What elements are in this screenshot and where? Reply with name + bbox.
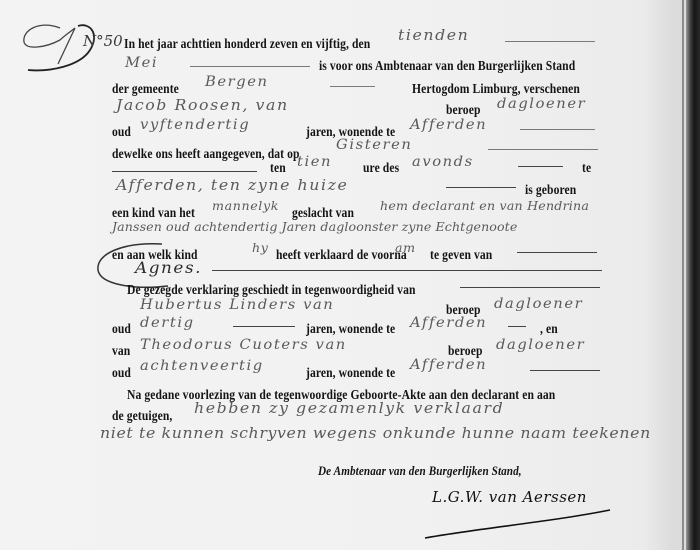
handwritten-birth-place: Afferden, ten zyne huize — [116, 176, 348, 194]
signature-flourish-icon — [420, 498, 620, 548]
fill-line — [505, 41, 595, 42]
handwritten-child-sex: mannelyk — [212, 199, 279, 213]
fill-line — [446, 187, 516, 188]
handwritten-declarant-profession: dagloener — [497, 96, 586, 112]
handwritten-declarant-age: vyftendertig — [140, 117, 250, 133]
printed-the-witnesses: de getuigen, — [112, 408, 172, 424]
record-number: N°50 — [83, 32, 123, 50]
handwritten-month: Mei — [125, 55, 158, 71]
fill-line — [508, 326, 526, 327]
handwritten-declarant-residence: Afferden — [410, 117, 487, 133]
printed-witness1-age-label: oud — [112, 321, 131, 337]
printed-in-label: te — [582, 160, 591, 176]
handwritten-time-of-day: avonds — [412, 154, 474, 170]
handwritten-mother-details: Janssen oud achtendertig Jaren dagloonst… — [112, 220, 517, 234]
handwritten-declarant-name: Jacob Roosen, van — [116, 96, 289, 114]
fill-line — [212, 270, 602, 271]
handwritten-birth-day: Gisteren — [336, 137, 412, 153]
handwritten-witness1-name: Hubertus Linders van — [140, 297, 334, 313]
fill-line — [517, 252, 597, 253]
printed-is-born: is geboren — [525, 182, 576, 198]
printed-witness2-age-label: oud — [112, 365, 131, 381]
handwritten-birth-hour: tien — [297, 154, 332, 170]
official-title: De Ambtenaar van den Burgerlijken Stand, — [318, 463, 522, 479]
handwritten-parents: hem declarant en van Hendrina — [380, 199, 589, 213]
printed-and: , en — [540, 321, 558, 337]
fill-line — [518, 166, 563, 167]
printed-witness2-residence-label: jaren, wonende te — [306, 365, 395, 381]
handwritten-he: hy — [252, 241, 269, 255]
handwritten-witness2-age: achtenveertig — [140, 358, 264, 374]
printed-to-give: te geven van — [430, 247, 492, 263]
page-edge — [682, 0, 684, 550]
fill-line — [190, 66, 310, 67]
printed-declared-name: heeft verklaard de voorna — [276, 247, 407, 263]
handwritten-witness2-residence: Afferden — [410, 357, 487, 373]
printed-witness1-residence-label: jaren, wonende te — [306, 321, 395, 337]
printed-witness2-of: van — [112, 343, 130, 359]
handwritten-day: tienden — [398, 26, 469, 44]
printed-witnesses-intro: De gezegde verklaring geschiedt in tegen… — [127, 282, 416, 298]
handwritten-witness2-profession: dagloener — [496, 337, 585, 353]
fill-line — [460, 287, 600, 288]
printed-child-of-sex: een kind van het — [112, 205, 195, 221]
handwritten-municipality: Bergen — [205, 74, 269, 90]
printed-age-label: oud — [112, 124, 131, 140]
handwritten-witness1-residence: Afferden — [410, 315, 487, 331]
handwritten-witness1-profession: dagloener — [494, 296, 583, 312]
fill-line — [488, 149, 598, 150]
printed-before-official: is voor ons Ambtenaar van den Burgerlijk… — [319, 58, 575, 74]
handwritten-name-suffix: am — [395, 241, 416, 255]
handwritten-signing-statement: niet te kunnen schryven wegens onkunde h… — [100, 424, 651, 442]
fill-line — [112, 171, 257, 172]
handwritten-witness2-name: Theodorus Cuoters van — [140, 337, 347, 353]
handwritten-child-name: Agnes. — [135, 258, 202, 277]
printed-municipality-label: der gemeente — [112, 81, 179, 97]
record-number-value: 50 — [104, 32, 123, 50]
printed-province: Hertogdom Limburg, verschenen — [412, 81, 580, 97]
handwritten-witness1-age: dertig — [140, 315, 195, 331]
fill-line — [520, 129, 595, 130]
printed-at-label: ten — [270, 160, 286, 176]
printed-profession-label: beroep — [446, 102, 480, 118]
handwritten-declaration: hebben zy gezamenlyk verklaard — [194, 399, 504, 417]
printed-sex-of: geslacht van — [292, 205, 354, 221]
record-number-prefix: N° — [83, 32, 104, 50]
printed-hour-of: ure des — [363, 160, 399, 176]
fill-line — [233, 326, 295, 327]
fill-line — [530, 370, 600, 371]
book-binding — [686, 0, 700, 550]
document-page: N°50 In het jaar achttien honderd zeven … — [0, 0, 700, 550]
fill-line — [330, 86, 375, 87]
printed-year-intro: In het jaar achttien honderd zeven en vi… — [124, 36, 370, 52]
